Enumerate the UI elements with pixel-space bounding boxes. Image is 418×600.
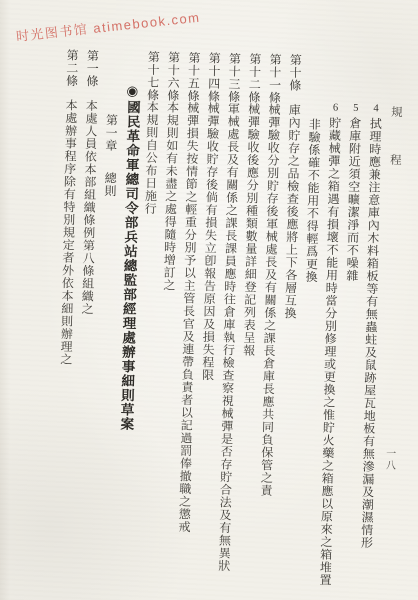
title-marker-icon: ◉ (125, 83, 140, 100)
article-11-label: 第十一條 (264, 53, 285, 104)
article-17-text: 本規則自公布日施行 (140, 100, 162, 215)
article-15-label: 第十五條 (183, 51, 204, 102)
article-2-label: 第二條 (61, 49, 82, 88)
article-10-label: 第十條 (285, 53, 306, 92)
article-16-label: 第十六條 (163, 51, 184, 102)
article-1-label: 第一條 (82, 49, 103, 88)
article-16-text: 本規則如有未盡之處得隨時增訂之 (159, 101, 183, 292)
subitem-6-wrap-text: 非驗係確不能用不得輕爲更換 (301, 118, 324, 283)
running-head-bottom: 程 (385, 154, 405, 167)
running-head-top: 規 (386, 106, 406, 119)
subitem-5-text: 倉庫附近須空曠潔淨而不噪雜 (342, 117, 365, 282)
page-content: 規 程 一八 4. 拭理時應兼注意庫內木料箱板等有無蟲蛀及鼠跡屋瓦地板有無滲漏及… (44, 49, 407, 594)
article-12-label: 第十二條 (244, 53, 265, 104)
chapter-name: 總則 (100, 172, 121, 198)
article-13-label: 第十三條 (224, 52, 245, 103)
article-14-label: 第十四條 (203, 52, 224, 103)
article-17-label: 第十七條 (142, 50, 163, 101)
watermark-text: 时光图书馆 atimebook.com (15, 10, 201, 44)
page-number: 一八 (378, 447, 398, 471)
chapter-number: 第一章 (101, 114, 122, 153)
scanned-book-page: 时光图书馆 atimebook.com 規 程 一八 4. 拭理時應兼注意庫內木… (0, 0, 418, 600)
watermark: 时光图书馆 atimebook.com (15, 7, 201, 45)
